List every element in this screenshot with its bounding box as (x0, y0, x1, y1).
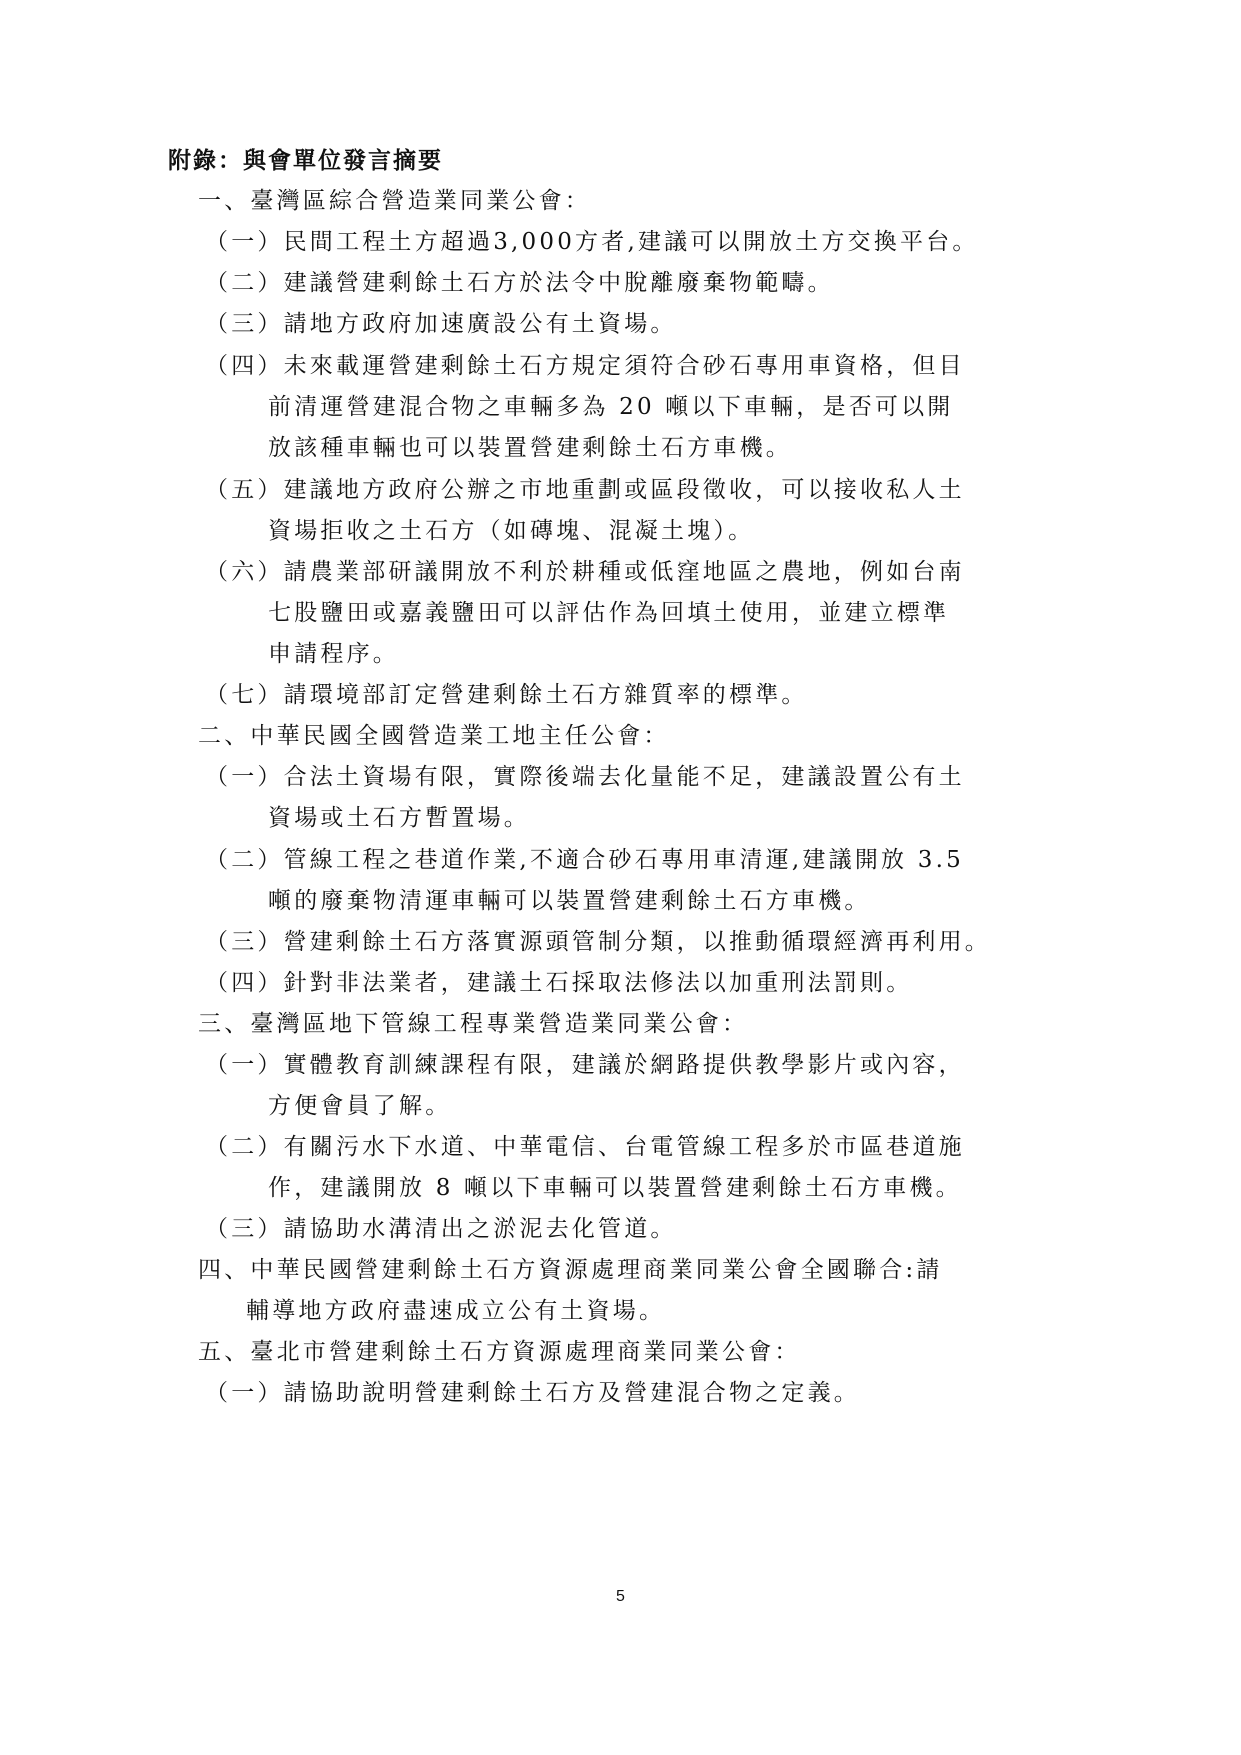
section-1-item-4-cont-1: 前清運營建混合物之車輛多為 20 噸以下車輛，是否可以開 (268, 392, 954, 422)
section-1-item-6: （六）請農業部研議開放不利於耕種或低窪地區之農地，例如台南 (205, 557, 965, 587)
section-2-item-3: （三）營建剩餘土石方落實源頭管制分類，以推動循環經濟再利用。 (205, 927, 991, 957)
section-1-item-6-cont-1: 七股鹽田或嘉義鹽田可以評估作為回填土使用，並建立標準 (268, 598, 949, 628)
section-1-heading: 一、臺灣區綜合營造業同業公會： (198, 186, 591, 216)
section-5-item-1: （一）請協助說明營建剩餘土石方及營建混合物之定義。 (205, 1378, 860, 1408)
section-2-item-1: （一）合法土資場有限，實際後端去化量能不足，建議設置公有土 (205, 762, 965, 792)
section-1-item-3: （三）請地方政府加速廣設公有土資場。 (205, 309, 677, 339)
section-3-item-2-cont-1: 作，建議開放 8 噸以下車輛可以裝置營建剩餘土石方車機。 (268, 1173, 962, 1203)
section-4-heading-cont-1: 輔導地方政府盡速成立公有土資場。 (246, 1296, 665, 1326)
section-1-item-2: （二）建議營建剩餘土石方於法令中脫離廢棄物範疇。 (205, 268, 834, 298)
section-1-item-4: （四）未來載運營建剩餘土石方規定須符合砂石專用車資格，但目 (205, 351, 965, 381)
section-4-heading: 四、中華民國營建剩餘土石方資源處理商業同業公會全國聯合:請 (198, 1255, 943, 1285)
section-1-item-6-cont-2: 申請程序。 (268, 639, 399, 669)
section-1-item-4-cont-2: 放該種車輛也可以裝置營建剩餘土石方車機。 (268, 433, 792, 463)
section-1-item-1: （一）民間工程土方超過3,000方者,建議可以開放土方交換平台。 (205, 227, 979, 257)
section-3-item-2: （二）有關污水下水道、中華電信、台電管線工程多於市區巷道施 (205, 1132, 965, 1162)
appendix-title: 附錄：與會單位發言摘要 (168, 146, 443, 176)
section-3-item-1: （一）實體教育訓練課程有限，建議於網路提供教學影片或內容， (205, 1050, 965, 1080)
section-5-heading: 五、臺北市營建剩餘土石方資源處理商業同業公會： (198, 1337, 801, 1367)
section-3-heading: 三、臺灣區地下管線工程專業營造業同業公會： (198, 1009, 748, 1039)
section-3-item-3: （三）請協助水溝清出之淤泥去化管道。 (205, 1214, 677, 1244)
document-page: 附錄：與會單位發言摘要 一、臺灣區綜合營造業同業公會： （一）民間工程土方超過3… (0, 0, 1241, 1755)
section-1-item-5: （五）建議地方政府公辦之市地重劃或區段徵收，可以接收私人土 (205, 475, 965, 505)
section-2-item-2-cont-1: 噸的廢棄物清運車輛可以裝置營建剩餘土石方車機。 (268, 886, 871, 916)
page-number: 5 (0, 1588, 1241, 1606)
section-2-heading: 二、中華民國全國營造業工地主任公會： (198, 721, 670, 751)
section-1-item-7: （七）請環境部訂定營建剩餘土石方雜質率的標準。 (205, 680, 808, 710)
section-3-item-1-cont-1: 方便會員了解。 (268, 1091, 451, 1121)
section-2-item-4: （四）針對非法業者，建議土石採取法修法以加重刑法罰則。 (205, 968, 912, 998)
section-1-item-5-cont-1: 資場拒收之土石方（如磚塊、混凝土塊）。 (268, 516, 754, 546)
section-2-item-2: （二）管線工程之巷道作業,不適合砂石專用車清運,建議開放 3.5 (205, 845, 964, 875)
section-2-item-1-cont-1: 資場或土石方暫置場。 (268, 803, 530, 833)
